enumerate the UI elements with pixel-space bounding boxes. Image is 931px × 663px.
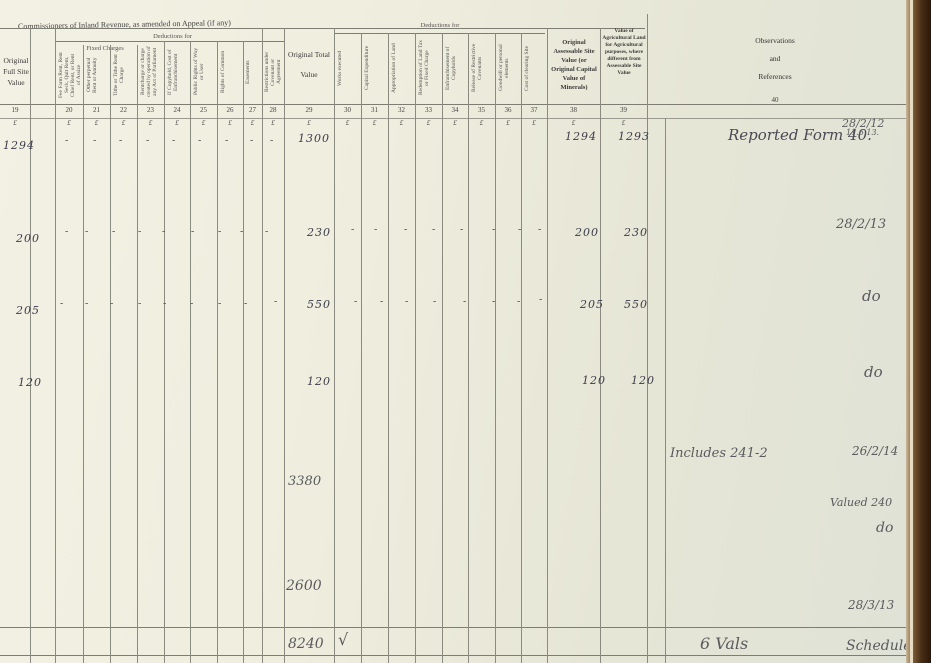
pound-sign: £ xyxy=(521,119,547,127)
col-rule xyxy=(468,33,469,663)
col-num: 23 xyxy=(137,106,164,114)
dash: - xyxy=(244,298,247,309)
dash: - xyxy=(405,296,408,307)
dash: - xyxy=(433,296,436,307)
pound-sign: £ xyxy=(262,119,284,127)
col-rule xyxy=(110,45,111,663)
dash: - xyxy=(351,224,354,235)
pound-sign: £ xyxy=(415,119,442,127)
pound-sign: £ xyxy=(495,119,521,127)
row4-assessable-site-value: 120 xyxy=(582,374,606,387)
row2-agricultural-value: 230 xyxy=(624,226,648,239)
col-num: 39 xyxy=(600,106,647,114)
row1-agricultural-value: 1293 xyxy=(618,130,650,143)
pound-sign: £ xyxy=(190,119,217,127)
subtotal-2-date: 28/3/13 xyxy=(848,598,894,612)
pound-sign: £ xyxy=(334,119,361,127)
dash: - xyxy=(138,226,141,237)
dash: - xyxy=(65,135,68,146)
col-num: 19 xyxy=(0,106,30,114)
col-label-31: Capital Expenditure xyxy=(364,38,386,98)
deductions-for-left: Deductions for xyxy=(60,33,285,40)
dash: - xyxy=(60,298,63,309)
dash: - xyxy=(172,135,175,146)
footer-left-note: 6 Vals xyxy=(700,634,748,653)
row3-agricultural-value: 550 xyxy=(624,298,648,311)
col-label-22: Tithe or Tithe Rent Charge xyxy=(113,52,135,98)
dash: - xyxy=(93,135,96,146)
binding-edge xyxy=(910,0,913,663)
dash: - xyxy=(218,226,221,237)
col-rule xyxy=(361,33,362,663)
dash: - xyxy=(191,226,194,237)
dash: - xyxy=(162,226,165,237)
book-binding xyxy=(906,0,931,663)
row4-full-site-value: 120 xyxy=(18,376,42,389)
col-rule xyxy=(190,41,191,663)
row2-total-value: 230 xyxy=(307,226,331,239)
dash: - xyxy=(380,296,383,307)
dash: - xyxy=(539,294,542,305)
dash: - xyxy=(163,298,166,309)
col-rule xyxy=(415,33,416,663)
includes-date: 26/2/14 xyxy=(852,444,898,458)
footer-right-note: Schedule xyxy=(846,638,911,654)
subtotal-1: 3380 xyxy=(288,474,321,489)
row3-assessable-site-value: 205 xyxy=(580,298,604,311)
row3-full-site-value: 205 xyxy=(16,304,40,317)
dash: - xyxy=(538,224,541,235)
dash: - xyxy=(517,296,520,307)
col-rule xyxy=(665,118,666,663)
includes-note: Includes 241-2 xyxy=(670,446,768,461)
col-num: 36 xyxy=(495,106,521,114)
col-label-20: Fee Farm Rent, Rent Seck, Quit Rent, Chi… xyxy=(58,52,80,98)
row1-total-value: 1300 xyxy=(298,132,330,145)
col-label-33: Redemption of Land Tax or Fixed Charge xyxy=(418,38,440,98)
col-num: 26 xyxy=(217,106,243,114)
dash: - xyxy=(110,298,113,309)
subtotal-2: 2600 xyxy=(286,578,322,594)
col-num: 29 xyxy=(284,106,334,114)
pound-sign: £ xyxy=(388,119,415,127)
col-num: 32 xyxy=(388,106,415,114)
observations-heading: Observations and References xyxy=(740,32,810,86)
col-num: 20 xyxy=(55,106,83,114)
col-label-25: Public Rights of Way or User xyxy=(193,46,213,98)
col-rule xyxy=(164,41,165,663)
pound-sign: £ xyxy=(110,119,137,127)
references-word: References xyxy=(740,68,810,86)
dash: - xyxy=(218,298,221,309)
pound-sign: £ xyxy=(164,119,190,127)
row1-date2: 11.6.13. xyxy=(846,128,879,137)
row1-full-site-value: 1294 xyxy=(3,139,35,152)
row4-agricultural-value: 120 xyxy=(631,374,655,387)
col-num: 35 xyxy=(468,106,495,114)
col-rule xyxy=(495,33,496,663)
col-rule xyxy=(217,41,218,663)
pound-sign: £ xyxy=(217,119,243,127)
ledger-page: Commissioners of Inland Revenue, as amen… xyxy=(0,0,906,663)
row2-assessable-site-value: 200 xyxy=(575,226,599,239)
row3-ditto: do xyxy=(862,287,881,305)
col-label-23: Rentcharge or charge created by operatio… xyxy=(140,46,162,98)
col-label-38: Original Assessable Site Value (or Origi… xyxy=(549,38,599,92)
col-label-30: Works executed xyxy=(337,38,359,98)
dash: - xyxy=(190,298,193,309)
dash: - xyxy=(404,224,407,235)
col-rule xyxy=(647,14,648,663)
col-num: 31 xyxy=(361,106,388,114)
dash: - xyxy=(85,298,88,309)
col-label-37: Cost of clearing Site xyxy=(524,38,544,98)
pound-sign: £ xyxy=(361,119,388,127)
pound-sign: £ xyxy=(442,119,468,127)
col-num: 40 xyxy=(740,96,810,104)
rule-deductions-right xyxy=(335,33,545,34)
col-label-35: Release of Restrictive Covenants xyxy=(471,38,493,98)
col-rule xyxy=(137,45,138,663)
dash: - xyxy=(225,135,228,146)
dash: - xyxy=(463,296,466,307)
col-label-32: Appropriation of Land xyxy=(391,38,413,98)
dash: - xyxy=(265,226,268,237)
col-label-24: If Copyhold, Cost of Enfranchisement xyxy=(167,46,187,98)
and-word: and xyxy=(740,50,810,68)
col-label-21: Other perpetual Rent or Annuity xyxy=(86,52,108,98)
pound-sign: £ xyxy=(284,119,334,127)
observations-word: Observations xyxy=(740,32,810,50)
pound-sign: £ xyxy=(137,119,164,127)
dash: - xyxy=(492,296,495,307)
col-rule xyxy=(521,33,522,663)
dash: - xyxy=(112,226,115,237)
col-num: 24 xyxy=(164,106,190,114)
col-rule xyxy=(442,33,443,663)
col-label-26: Rights of Common xyxy=(220,46,240,98)
col-label-39: Value of Agricultural Land for Agricultu… xyxy=(602,28,646,77)
row4-total-value: 120 xyxy=(307,375,331,388)
dash: - xyxy=(85,226,88,237)
col-num: 30 xyxy=(334,106,361,114)
dash: - xyxy=(354,296,357,307)
pound-sign: £ xyxy=(83,119,110,127)
col-num: 21 xyxy=(83,106,110,114)
pound-sign: £ xyxy=(600,119,647,127)
col-label-36: Goodwill or personal elements xyxy=(498,38,518,98)
col-num: 38 xyxy=(547,106,600,114)
tick-mark-icon: √ xyxy=(338,630,348,649)
grand-total: 8240 xyxy=(288,636,324,652)
col-num: 22 xyxy=(110,106,137,114)
row2-date: 28/2/13 xyxy=(836,217,886,232)
dash: - xyxy=(65,226,68,237)
col-num: 28 xyxy=(262,106,284,114)
row4-ditto: do xyxy=(864,363,883,381)
col-rule xyxy=(83,45,84,663)
valued-ditto: do xyxy=(876,520,893,536)
rule-bottom xyxy=(0,655,906,656)
dash: - xyxy=(146,135,149,146)
col-rule xyxy=(243,41,244,663)
dash: - xyxy=(518,224,521,235)
pound-sign: £ xyxy=(0,119,30,127)
col-label-27: Easements xyxy=(245,46,260,98)
dash: - xyxy=(198,135,201,146)
col-num: 37 xyxy=(521,106,547,114)
dash: - xyxy=(374,224,377,235)
col-num: 27 xyxy=(243,106,262,114)
valued-note: Valued 240 xyxy=(830,496,892,509)
dash: - xyxy=(119,135,122,146)
dash: - xyxy=(274,296,277,307)
col-num: 34 xyxy=(442,106,468,114)
pound-sign: £ xyxy=(468,119,495,127)
dash: - xyxy=(432,224,435,235)
col-label-29: Original Total Value xyxy=(286,45,332,85)
col-label-28: Restrictions under Covenant or Agreement xyxy=(264,46,282,98)
row3-total-value: 550 xyxy=(307,298,331,311)
rule-deductions xyxy=(55,41,285,42)
pound-sign: £ xyxy=(55,119,83,127)
rule-total xyxy=(0,627,906,628)
dash: - xyxy=(240,226,243,237)
col-rule xyxy=(30,28,31,663)
col-num: 33 xyxy=(415,106,442,114)
dash: - xyxy=(250,135,253,146)
dash: - xyxy=(492,224,495,235)
col-num: 25 xyxy=(190,106,217,114)
dash: - xyxy=(138,298,141,309)
dash: - xyxy=(270,135,273,146)
col-rule xyxy=(388,33,389,663)
rule-header-bottom xyxy=(0,104,906,105)
rule-top xyxy=(0,28,645,29)
col-label-19: Original Full Site Value xyxy=(2,55,30,88)
col-label-34: Enfranchisement of Copyholds xyxy=(445,38,465,98)
pound-sign: £ xyxy=(547,119,600,127)
dash: - xyxy=(460,224,463,235)
row1-assessable-site-value: 1294 xyxy=(565,130,597,143)
row2-full-site-value: 200 xyxy=(16,232,40,245)
pound-sign: £ xyxy=(243,119,262,127)
